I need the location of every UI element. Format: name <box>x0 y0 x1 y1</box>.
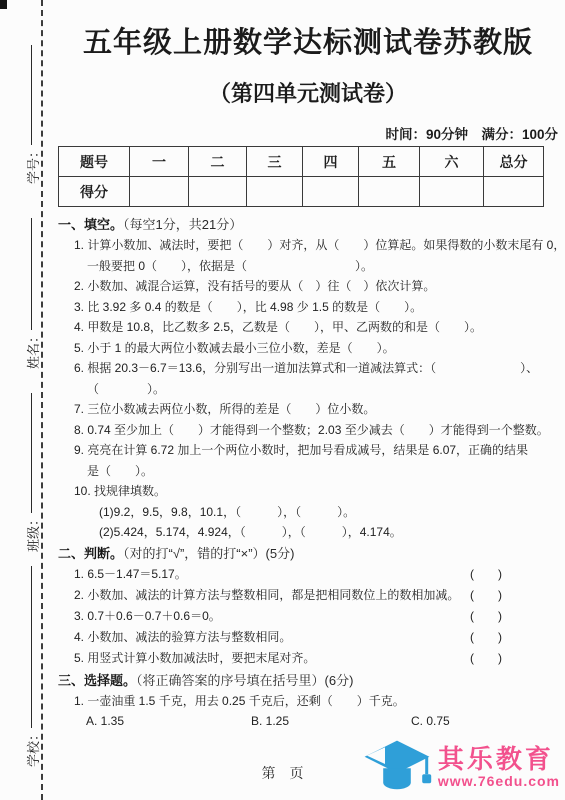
score-cell <box>484 177 544 207</box>
option-b: B. 1.25 <box>251 711 411 732</box>
judge-text: 5. 用竖式计算小数加减法时，要把末尾对齐。 <box>74 648 315 669</box>
judge-text: 4. 小数加、减法的验算方法与整数相同。 <box>74 627 291 648</box>
margin-dashed-line <box>41 0 43 800</box>
section1-title: 一、填空。 <box>58 217 123 232</box>
paper-content: 五年级上册数学达标测试卷苏教版 （第四单元测试卷） 时间：90分钟 满分：100… <box>58 0 558 732</box>
fillin-line: 6. 根据 20.3－6.7＝13.6，分别写出一道加法算式和一道减法算式：（ … <box>74 358 558 379</box>
section1-note: （每空1分，共21分） <box>123 217 242 232</box>
student-name-label: 姓名： <box>23 330 42 369</box>
judge-text: 3. 0.7＋0.6－0.7＋0.6＝0。 <box>74 606 221 627</box>
score-row-label: 得分 <box>59 177 130 207</box>
judge-item: 4. 小数加、减法的验算方法与整数相同。( ) <box>74 627 558 648</box>
fillin-line: 2. 小数加、减混合运算，没有括号的要从（ ）往（ ）依次计算。 <box>74 276 558 297</box>
option-a: A. 1.35 <box>86 711 251 732</box>
judge-item: 5. 用竖式计算小数加减法时，要把末尾对齐。( ) <box>74 648 558 669</box>
section2-note: （对的打“√”，错的打“×”）(5分) <box>123 546 294 561</box>
student-name-field: 姓名： <box>23 218 41 369</box>
school-blank-line <box>30 566 32 728</box>
score-table-col-header: 六 <box>420 147 484 177</box>
score-table-col-header: 五 <box>359 147 420 177</box>
choice-options: A. 1.35 B. 1.25 C. 0.75 <box>86 711 558 732</box>
class-blank-line <box>30 393 32 513</box>
student-id-blank-line <box>30 45 32 145</box>
score-table-col-header: 总分 <box>484 147 544 177</box>
section3-heading: 三、选择题。（将正确答案的序号填在括号里）(6分) <box>58 670 558 691</box>
student-name-blank-line <box>30 218 32 330</box>
fillin-line: 8. 0.74 至少加上（ ）才能得到一个整数；2.03 至少减去（ ）才能得到… <box>74 420 558 441</box>
qile-education-logo: 其乐教育 www.76edu.com <box>361 737 560 797</box>
score-table-col-header: 一 <box>130 147 189 177</box>
score-table-col-header: 四 <box>303 147 359 177</box>
fillin-line: 一般要把 0（ ），依据是（ ）。 <box>87 256 558 277</box>
class-field: 班级： <box>23 393 41 552</box>
fillin-line: 3. 比 3.92 多 0.4 的数是（ ），比 4.98 少 1.5 的数是（… <box>74 297 558 318</box>
score-table-header-row: 题号 一 二 三 四 五 六 总分 <box>59 147 544 177</box>
score-table-col-header: 三 <box>247 147 303 177</box>
score-cell <box>247 177 303 207</box>
fillin-line: 9. 亮亮在计算 6.72 加上一个两位小数时，把加号看成减号，结果是 6.07… <box>74 440 558 461</box>
score-cell <box>359 177 420 207</box>
section3-note: （将正确答案的序号填在括号里）(6分) <box>136 673 353 688</box>
logo-brand-name: 其乐教育 <box>438 745 560 773</box>
class-label: 班级： <box>23 513 42 552</box>
logo-text-block: 其乐教育 www.76edu.com <box>438 745 560 789</box>
score-cell <box>189 177 247 207</box>
answer-bracket: ( ) <box>470 564 502 585</box>
fillin-line: (2)5.424，5.174，4.924，（ ），（ ），4.174。 <box>99 522 558 543</box>
page-subtitle: （第四单元测试卷） <box>58 77 558 108</box>
choice-question: 1. 一壶油重 1.5 千克，用去 0.25 千克后，还剩（ ）千克。 <box>74 691 558 712</box>
judge-item: 1. 6.5－1.47＝5.17。( ) <box>74 564 558 585</box>
fillin-line: （ ）。 <box>87 379 558 400</box>
answer-bracket: ( ) <box>470 585 502 606</box>
graduation-cap-icon <box>361 737 433 797</box>
score-table-score-row: 得分 <box>59 177 544 207</box>
school-field: 学校： <box>23 566 41 767</box>
section3-title: 三、选择题。 <box>58 673 136 688</box>
score-table-col-header: 二 <box>189 147 247 177</box>
section2-title: 二、判断。 <box>58 546 123 561</box>
fillin-line: 1. 计算小数加、减法时，要把（ ）对齐，从（ ）位算起。如果得数的小数末尾有 … <box>74 235 558 256</box>
judge-item: 2. 小数加、减法的计算方法与整数相同，都是把相同数位上的数相加减。( ) <box>74 585 558 606</box>
fillin-line: 10. 找规律填数。 <box>74 481 558 502</box>
judge-item: 3. 0.7＋0.6－0.7＋0.6＝0。( ) <box>74 606 558 627</box>
student-id-label: 学号： <box>23 145 42 184</box>
fillin-line: (1)9.2，9.5，9.8，10.1，（ ），（ ）。 <box>99 502 558 523</box>
logo-website: www.76edu.com <box>438 773 560 789</box>
school-label: 学校： <box>23 728 42 767</box>
fillin-line: 5. 小于 1 的最大两位小数减去最小三位小数，差是（ ）。 <box>74 338 558 359</box>
page-title: 五年级上册数学达标测试卷苏教版 <box>58 20 558 61</box>
score-cell <box>130 177 189 207</box>
score-table-col-header: 题号 <box>59 147 130 177</box>
fillin-line: 4. 甲数是 10.8，比乙数多 2.5，乙数是（ ），甲、乙两数的和是（ ）。 <box>74 317 558 338</box>
student-id-field: 学号： <box>23 45 41 184</box>
score-table: 题号 一 二 三 四 五 六 总分 得分 <box>58 146 544 207</box>
score-cell <box>420 177 484 207</box>
section1-heading: 一、填空。（每空1分，共21分） <box>58 214 558 235</box>
answer-bracket: ( ) <box>470 627 502 648</box>
answer-bracket: ( ) <box>470 648 502 669</box>
test-paper-page: 学号： 姓名： 班级： 学校： 五年级上册数学达标测试卷苏教版 （第四单元测试卷… <box>0 0 565 800</box>
fillin-line: 是（ ）。 <box>87 461 558 482</box>
section2-heading: 二、判断。（对的打“√”，错的打“×”）(5分) <box>58 543 558 564</box>
scan-artifact <box>0 0 7 9</box>
score-cell <box>303 177 359 207</box>
answer-bracket: ( ) <box>470 606 502 627</box>
judge-text: 1. 6.5－1.47＝5.17。 <box>74 564 187 585</box>
time-info: 时间：90分钟 满分：100分 <box>58 123 558 143</box>
judge-text: 2. 小数加、减法的计算方法与整数相同，都是把相同数位上的数相加减。 <box>74 585 459 606</box>
fillin-line: 7. 三位小数减去两位小数，所得的差是（ ）位小数。 <box>74 399 558 420</box>
option-c: C. 0.75 <box>411 711 450 732</box>
